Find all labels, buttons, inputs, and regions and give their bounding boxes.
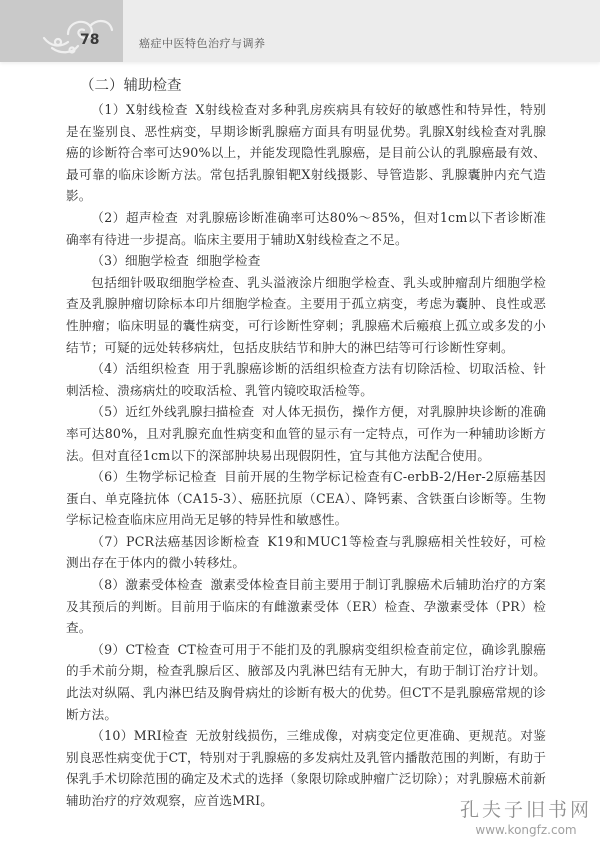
cloud-ornament-icon xyxy=(38,12,118,58)
paragraph-cytology: （3）细胞学检查细胞学检查 xyxy=(66,250,546,272)
paragraph-pcr: （7）PCR法癌基因诊断检查K19和MUC1等检查与乳腺癌相关性较好，可检测出存… xyxy=(66,531,546,574)
paragraph-infrared: （5）近红外线乳腺扫描检查对人体无损伤，操作方便，对乳腺肿块诊断的准确率可达80… xyxy=(66,401,546,466)
paragraph-lead: （3）细胞学检查 xyxy=(91,253,189,268)
paragraph-text: 包括细针吸取细胞学检查、乳头溢液涂片细胞学检查、乳头或肿瘤刮片细胞学检查及乳腺肿… xyxy=(66,275,546,355)
running-title: 癌症中医特色治疗与调养 xyxy=(139,35,266,51)
running-header: 78 癌症中医特色治疗与调养 xyxy=(0,0,600,62)
paragraph-lead: （1）X射线检查 xyxy=(91,102,188,117)
paragraph-lead: （7）PCR法癌基因诊断检查 xyxy=(91,534,260,549)
paragraph-xray: （1）X射线检查X射线检查对多种乳房疾病具有较好的敏感性和特异性，特别是在鉴别良… xyxy=(66,99,546,207)
page-number-block: 78 xyxy=(0,0,123,62)
paragraph-lead: （10）MRI检查 xyxy=(91,728,188,743)
paragraph-lead: （9）CT检查 xyxy=(91,642,170,657)
paragraph-biopsy: （4）活组织检查用于乳腺癌诊断的活组织检查方法有切除活检、切取活检、针刺活检、溃… xyxy=(66,358,546,401)
paragraph-ultrasound: （2）超声检查对乳腺癌诊断准确率可达80%～85%，但对1cm以下者诊断准确率有… xyxy=(66,207,546,250)
watermark-name: 孔夫子旧书网 xyxy=(446,795,600,822)
paragraph-text: X射线检查对多种乳房疾病具有较好的敏感性和特异性，特别是在鉴别良、恶性病变，早期… xyxy=(66,102,546,203)
paragraph-hormone-receptor: （8）激素受体检查激素受体检查目前主要用于制订乳腺癌术后辅助治疗的方案及其预后的… xyxy=(66,574,546,639)
paragraph-cytology-detail: 包括细针吸取细胞学检查、乳头溢液涂片细胞学检查、乳头或肿瘤刮片细胞学检查及乳腺肿… xyxy=(66,272,546,358)
section-heading: （二）辅助检查 xyxy=(80,75,546,97)
paragraph-ct: （9）CT检查CT检查可用于不能扪及的乳腺病变组织检查前定位，确诊乳腺癌的手术前… xyxy=(66,639,546,725)
paragraph-lead: （6）生物学标记检查 xyxy=(91,469,216,484)
page-number: 78 xyxy=(80,32,99,48)
paragraph-lead: （4）活组织检查 xyxy=(91,361,190,376)
paragraph-biomarker: （6）生物学标记检查目前开展的生物学标记检查有C-erbB-2/Her-2原癌基… xyxy=(66,466,546,531)
paragraph-lead: （2）超声检查 xyxy=(91,210,178,225)
paragraph-lead: （8）激素受体检查 xyxy=(91,577,203,592)
page-body: （二）辅助检查 （1）X射线检查X射线检查对多种乳房疾病具有较好的敏感性和特异性… xyxy=(66,75,546,812)
paragraph-text: 细胞学检查 xyxy=(197,253,261,268)
watermark-url: www.kongfz.com xyxy=(446,823,600,837)
watermark: 孔夫子旧书网 www.kongfz.com xyxy=(446,795,600,837)
paragraph-lead: （5）近红外线乳腺扫描检查 xyxy=(91,404,254,419)
